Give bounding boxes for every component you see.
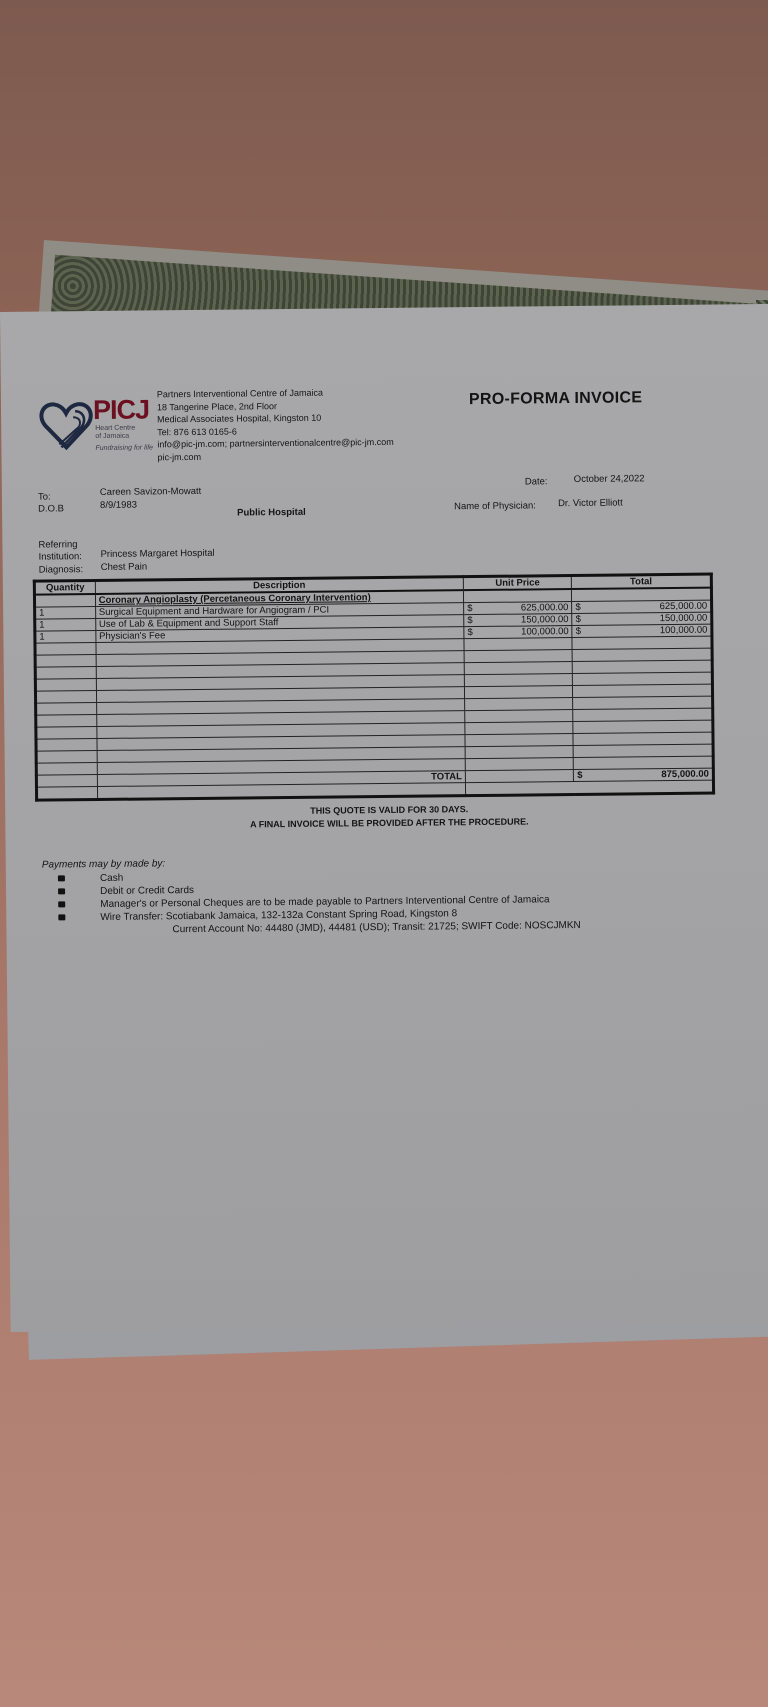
bullet-icon [58,914,65,920]
grand-total-value: 875,000.00 [661,769,709,780]
organization-info: Partners Interventional Centre of Jamaic… [157,386,394,463]
invoice-notes: THIS QUOTE IS VALID FOR 30 DAYS. A FINAL… [5,800,768,834]
payment-method-text: Cash [100,873,123,884]
currency-symbol: $ [467,627,472,638]
bullet-icon [58,888,65,894]
diagnosis-label: Diagnosis: [39,564,83,575]
payment-methods-list: CashDebit or Credit CardsManager's or Pe… [42,867,581,925]
currency-symbol: $ [467,615,472,626]
currency-symbol: $ [576,626,581,637]
row-unit-price: $625,000.00 [464,602,572,615]
logo-subtitle: Heart Centre of Jamaica [95,425,135,441]
payment-method-text: Wire Transfer: Scotiabank Jamaica, 132-1… [100,908,457,923]
hospital-type: Public Hospital [237,507,306,519]
logo-text: PICJ [93,394,149,426]
currency-symbol: $ [575,602,580,613]
to-label: To: [38,491,51,502]
row-unit-price: $150,000.00 [464,614,572,627]
logo-subtitle-line-1: Heart Centre [95,425,135,433]
currency-symbol: $ [576,614,581,625]
institution-label: Institution: [39,551,82,562]
unit-price-value: 625,000.00 [521,602,569,613]
org-website: pic-jm.com [157,448,393,463]
row-total: $625,000.00 [572,600,712,613]
org-emails: info@pic-jm.com; partnersinterventionalc… [157,436,393,451]
document-title: PRO-FORMA INVOICE [469,389,643,409]
total-value: 100,000.00 [660,625,708,636]
total-value: 150,000.00 [660,613,708,624]
invoice-items-table: Quantity Description Unit Price Total Co… [33,573,715,802]
physician-label: Name of Physician: [454,500,536,512]
date-label: Date: [525,476,548,487]
company-logo: PICJ Heart Centre of Jamaica Fundraising… [37,392,158,468]
row-quantity: 1 [35,619,96,632]
unit-price-value: 100,000.00 [521,626,569,637]
physician-name: Dr. Victor Elliott [558,497,623,509]
invoice-document: PICJ Heart Centre of Jamaica Fundraising… [0,304,768,1332]
currency-symbol: $ [467,603,472,614]
currency-symbol: $ [577,770,582,781]
row-unit-price: $100,000.00 [464,626,572,639]
row-quantity: 1 [35,631,96,644]
diagnosis-value: Chest Pain [101,561,148,572]
logo-subtitle-line-2: of Jamaica [95,433,135,441]
column-header-unit-price: Unit Price [463,576,571,591]
heart-logo-icon [37,397,96,456]
patient-name: Careen Savizon-Mowatt [100,486,202,498]
payment-method-text: Debit or Credit Cards [100,885,194,897]
bullet-icon [58,875,65,881]
payment-methods: Payments may by made by: CashDebit or Cr… [42,854,581,938]
logo-tagline: Fundraising for life [95,444,153,452]
referring-label: Referring [38,539,77,550]
row-total: $150,000.00 [572,612,712,625]
dob-label: D.O.B [38,503,64,514]
invoice-date: October 24,2022 [574,473,645,485]
row-total: $100,000.00 [572,624,712,637]
unit-price-value: 150,000.00 [521,614,569,625]
row-quantity: 1 [35,607,96,620]
column-header-quantity: Quantity [34,581,95,595]
bullet-icon [58,901,65,907]
patient-dob: 8/9/1983 [100,500,137,511]
referring-institution: Princess Margaret Hospital [100,548,214,560]
grand-total: $875,000.00 [574,768,714,781]
total-value: 625,000.00 [660,601,708,612]
